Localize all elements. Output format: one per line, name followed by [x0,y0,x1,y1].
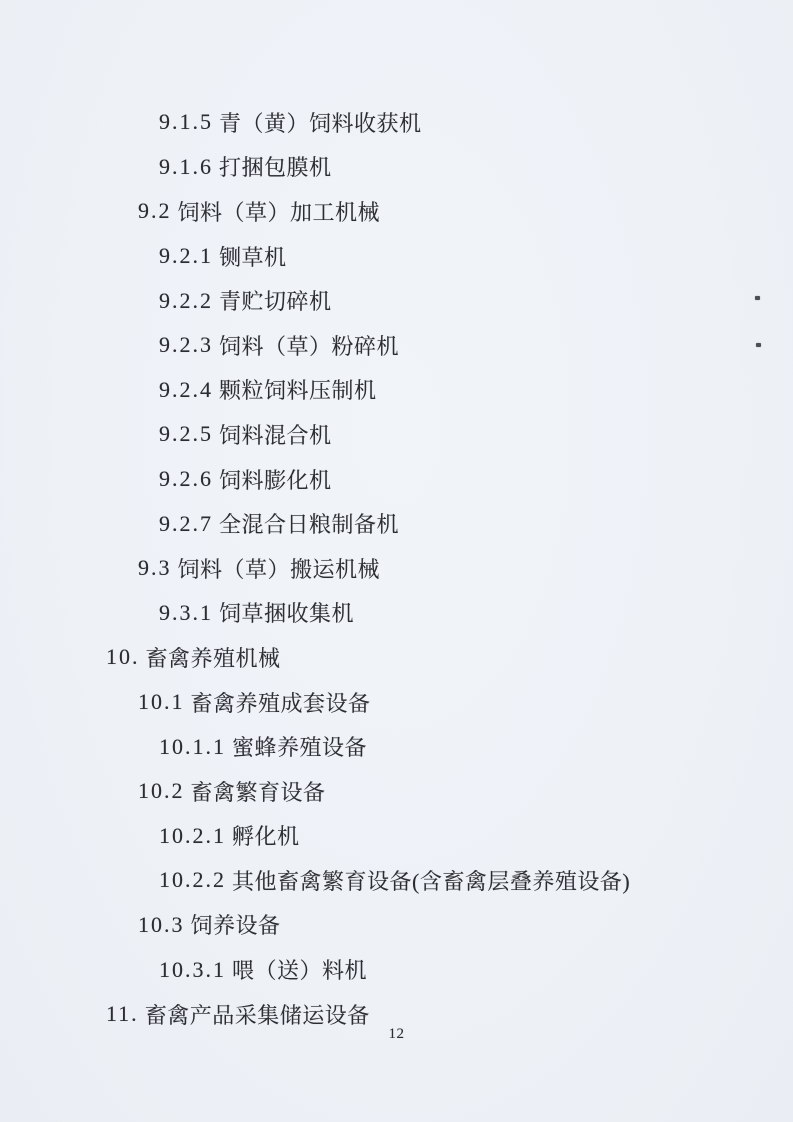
list-item: 9.3 饲料（草）搬运机械 [0,546,793,591]
item-number: 9.2.1 [159,243,213,269]
item-number: 10.3.1 [159,957,226,983]
list-item: 9.2.1 铡草机 [0,234,793,279]
item-number: 9.1.6 [159,154,213,180]
list-item: 9.2.2 青贮切碎机 [0,278,793,323]
list-item: 9.2.3 饲料（草）粉碎机 [0,323,793,368]
item-label: 饲料（草）加工机械 [178,196,381,227]
item-number: 9.1.5 [159,109,213,135]
list-item: 10.2.1 孵化机 [0,814,793,859]
list-item: 10.2.2 其他畜禽繁育设备(含畜禽层叠养殖设备) [0,858,793,903]
list-item: 9.3.1 饲草捆收集机 [0,591,793,636]
item-label: 打捆包膜机 [219,151,332,182]
list-item: 9.1.6 打捆包膜机 [0,145,793,190]
item-number: 9.2.7 [159,511,213,537]
scan-speck [755,296,760,300]
list-item: 9.2.4 颗粒饲料压制机 [0,368,793,413]
item-number: 10.3 [138,912,185,938]
item-list: 9.1.5 青（黄）饲料收获机 9.1.6 打捆包膜机 9.2 饲料（草）加工机… [0,100,793,1036]
item-label: 畜禽繁育设备 [191,776,326,807]
item-number: 10.2.1 [159,823,226,849]
item-number: 10.2 [138,778,185,804]
list-item: 9.2.5 饲料混合机 [0,412,793,457]
item-label: 其他畜禽繁育设备(含畜禽层叠养殖设备) [232,865,630,896]
item-label: 青贮切碎机 [219,285,332,316]
list-item: 9.2.6 饲料膨化机 [0,457,793,502]
item-label: 饲养设备 [191,909,281,940]
item-number: 9.2.4 [159,377,213,403]
item-label: 孵化机 [232,820,300,851]
item-label: 饲料混合机 [219,419,332,450]
item-number: 9.2.3 [159,332,213,358]
item-number: 10.1.1 [159,734,226,760]
list-item: 10. 畜禽养殖机械 [0,635,793,680]
scan-speck [756,343,761,347]
item-number: 9.3 [138,555,172,581]
item-label: 青（黄）饲料收获机 [219,107,422,138]
item-label: 饲料（草）搬运机械 [178,553,381,584]
scanned-document-page: 9.1.5 青（黄）饲料收获机 9.1.6 打捆包膜机 9.2 饲料（草）加工机… [0,0,793,1122]
item-number: 9.3.1 [159,600,213,626]
item-label: 铡草机 [219,241,287,272]
list-item: 10.1.1 蜜蜂养殖设备 [0,724,793,769]
item-number: 9.2.6 [159,466,213,492]
item-number: 10. [106,644,140,670]
item-number: 11. [106,1001,139,1027]
item-label: 颗粒饲料压制机 [219,374,377,405]
list-item: 9.2 饲料（草）加工机械 [0,189,793,234]
item-number: 9.2.5 [159,421,213,447]
item-label: 畜禽养殖机械 [146,642,281,673]
item-label: 饲料膨化机 [219,464,332,495]
item-label: 饲草捆收集机 [219,597,354,628]
item-label: 喂（送）料机 [232,954,367,985]
item-number: 9.2 [138,198,172,224]
list-item: 9.1.5 青（黄）饲料收获机 [0,100,793,145]
item-label: 饲料（草）粉碎机 [219,330,399,361]
list-item: 10.2 畜禽繁育设备 [0,769,793,814]
item-label: 畜禽养殖成套设备 [191,687,371,718]
list-item: 10.3 饲养设备 [0,903,793,948]
item-number: 10.1 [138,689,185,715]
list-item: 10.3.1 喂（送）料机 [0,947,793,992]
page-number: 12 [0,1026,793,1043]
item-number: 9.2.2 [159,288,213,314]
item-number: 10.2.2 [159,867,226,893]
item-label: 蜜蜂养殖设备 [232,731,367,762]
list-item: 9.2.7 全混合日粮制备机 [0,501,793,546]
item-label: 全混合日粮制备机 [219,508,399,539]
list-item: 10.1 畜禽养殖成套设备 [0,680,793,725]
